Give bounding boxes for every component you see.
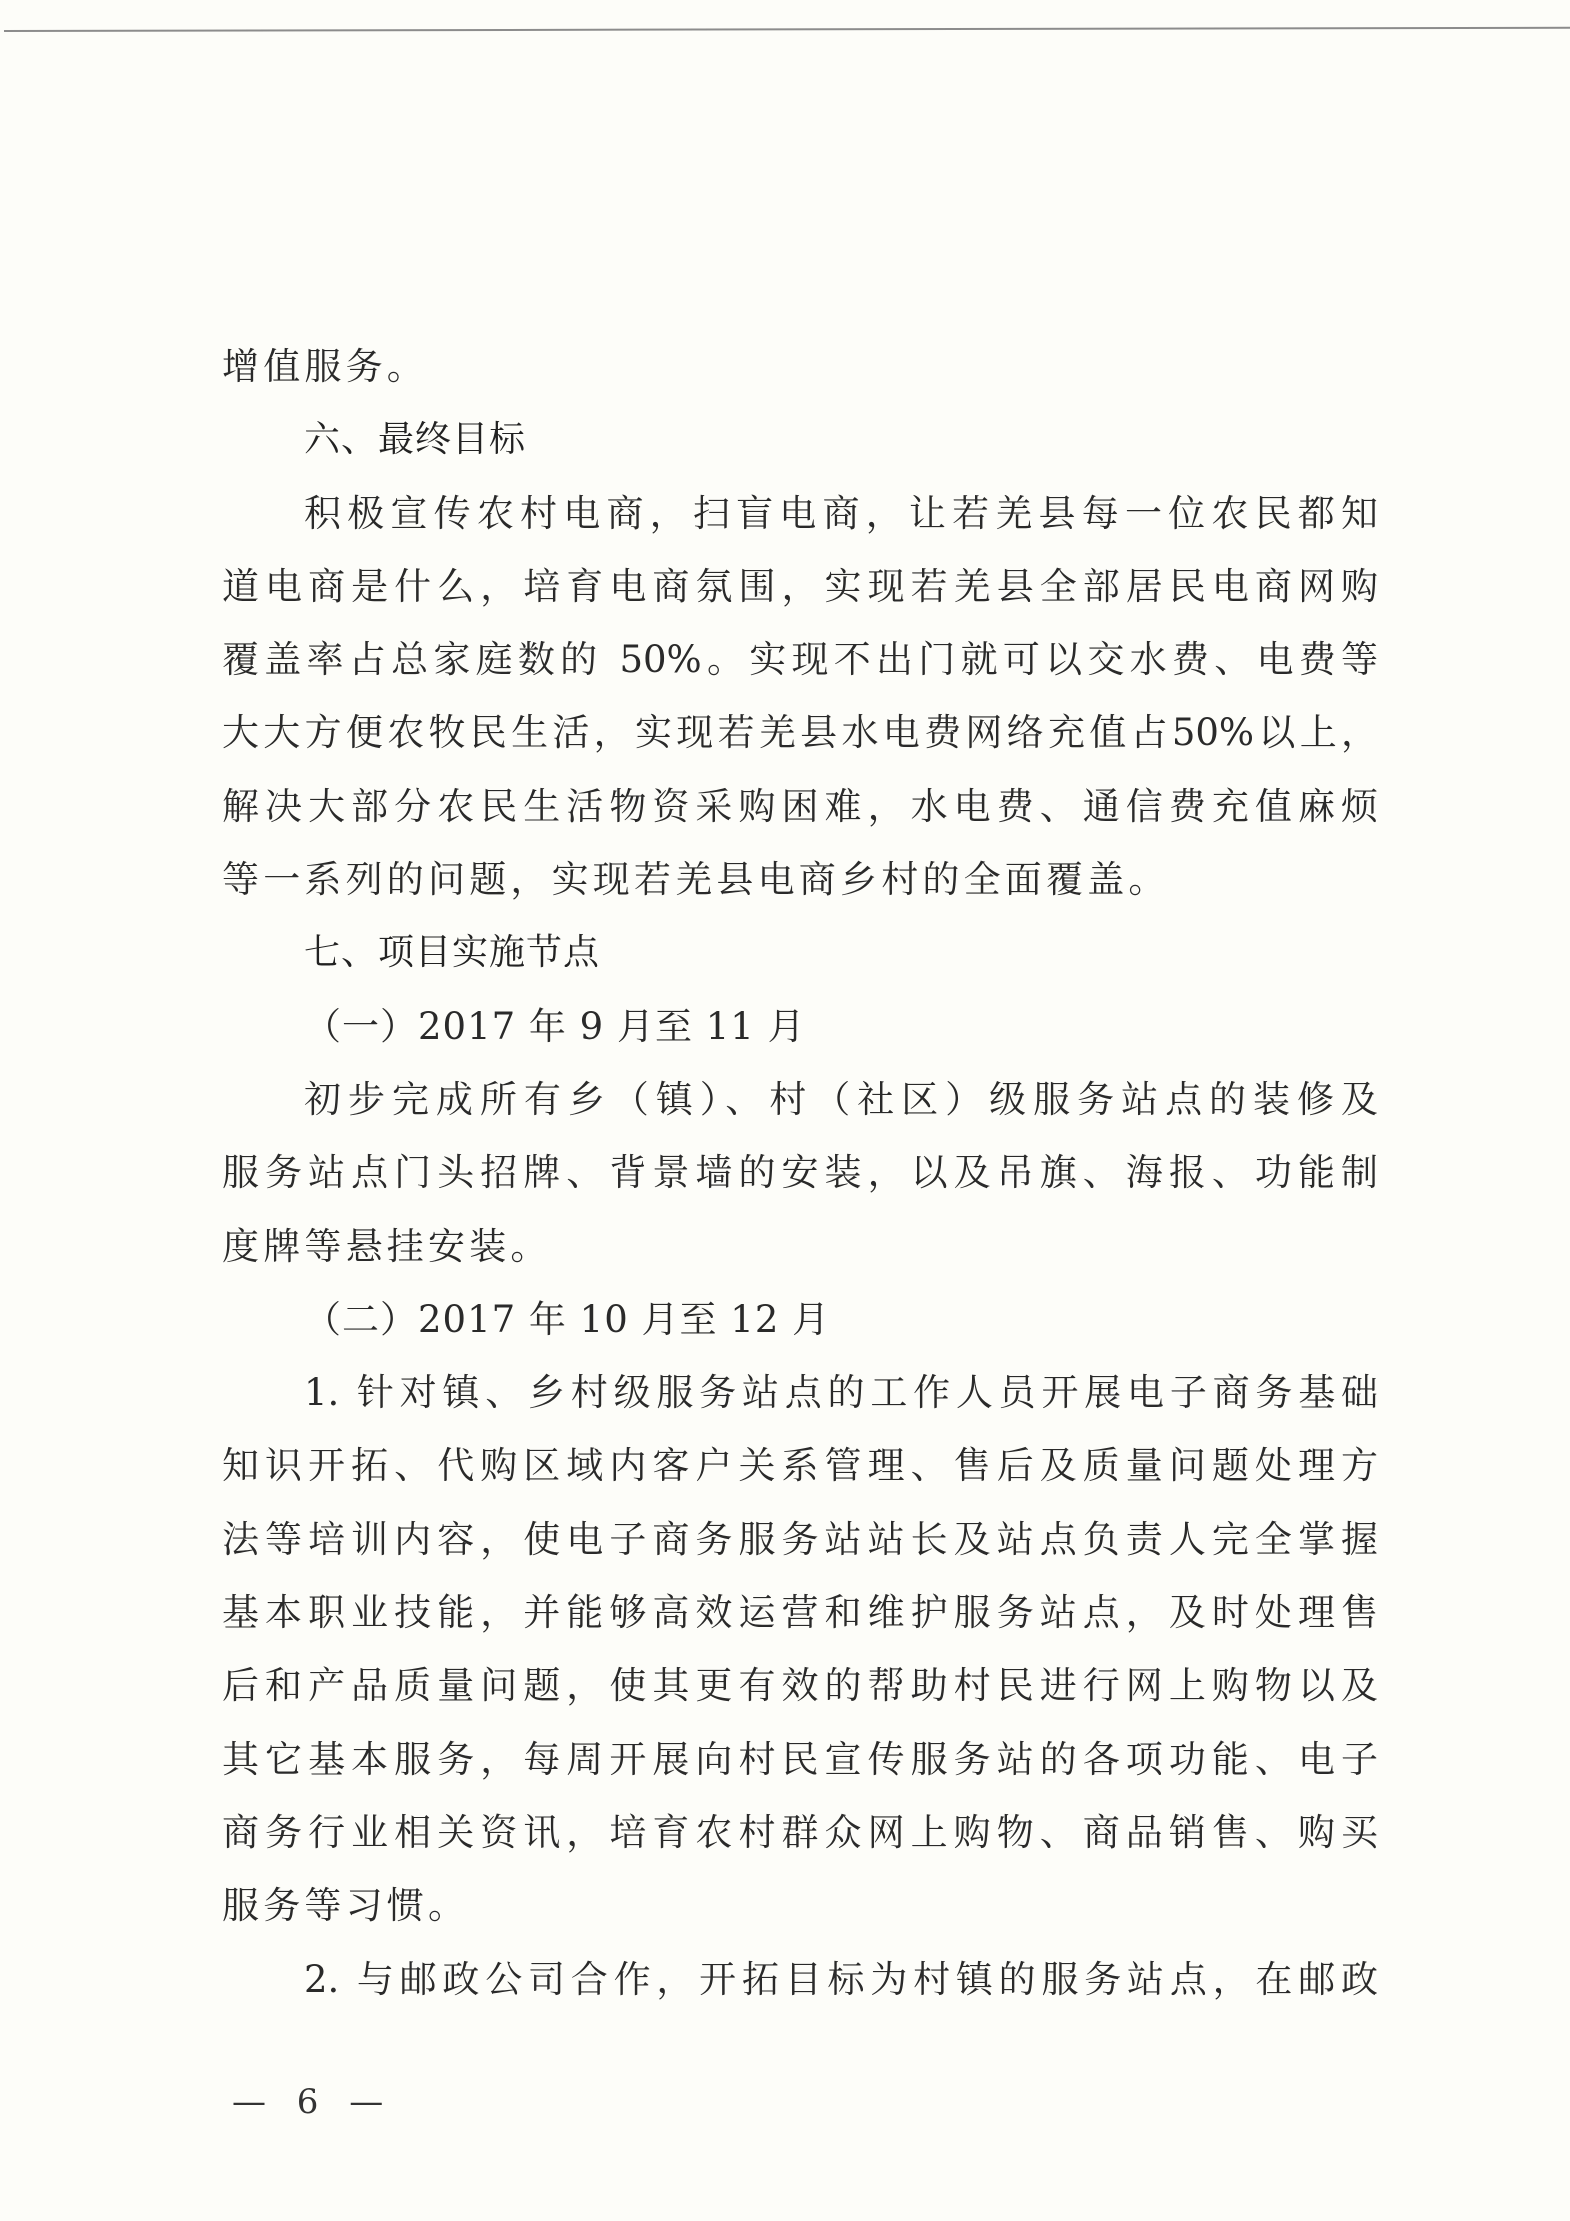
paragraph-line: 其它基本服务，每周开展向村民宣传服务站的各项功能、电子 — [222, 1723, 1378, 1796]
paragraph-line: 积极宣传农村电商，扫盲电商，让若羌县每一位农民都知 — [222, 477, 1378, 550]
paragraph-line: 初步完成所有乡（镇）、村（社区）级服务站点的装修及 — [222, 1063, 1378, 1136]
subheading-phase-1: （一）2017 年 9 月至 11 月 — [222, 990, 1378, 1063]
paragraph-line: 商务行业相关资讯，培育农村群众网上购物、商品销售、购买 — [222, 1796, 1378, 1869]
paragraph-line: 服务等习惯。 — [222, 1869, 1378, 1942]
paragraph-line: 覆盖率占总家庭数的 50%。实现不出门就可以交水费、电费等 — [222, 623, 1378, 696]
paragraph-line: 法等培训内容，使电子商务服务站站长及站点负责人完全掌握 — [222, 1503, 1378, 1576]
document-body: 增值服务。 六、最终目标 积极宣传农村电商，扫盲电商，让若羌县每一位农民都知 道… — [222, 330, 1378, 2016]
paragraph-line: 2. 与邮政公司合作，开拓目标为村镇的服务站点，在邮政 — [222, 1943, 1378, 2016]
paragraph-line: 1. 针对镇、乡村级服务站点的工作人员开展电子商务基础 — [222, 1356, 1378, 1429]
paragraph-line: 后和产品质量问题，使其更有效的帮助村民进行网上购物以及 — [222, 1649, 1378, 1722]
section-heading-final-goals: 六、最终目标 — [222, 403, 1378, 476]
paragraph-line: 基本职业技能，并能够高效运营和维护服务站点，及时处理售 — [222, 1576, 1378, 1649]
paragraph-line: 服务站点门头招牌、背景墙的安装，以及吊旗、海报、功能制 — [222, 1136, 1378, 1209]
page-number: — 6 — — [232, 2082, 393, 2122]
subheading-phase-2: （二）2017 年 10 月至 12 月 — [222, 1283, 1378, 1356]
paragraph-line: 等一系列的问题，实现若羌县电商乡村的全面覆盖。 — [222, 843, 1378, 916]
section-heading-implementation-milestones: 七、项目实施节点 — [222, 916, 1378, 989]
header-rule — [4, 27, 1570, 32]
paragraph-line: 知识开拓、代购区域内客户关系管理、售后及质量问题处理方 — [222, 1429, 1378, 1502]
paragraph-line: 增值服务。 — [222, 330, 1378, 403]
paragraph-line: 解决大部分农民生活物资采购困难，水电费、通信费充值麻烦 — [222, 770, 1378, 843]
paragraph-line: 道电商是什么，培育电商氛围，实现若羌县全部居民电商网购 — [222, 550, 1378, 623]
paragraph-line: 大大方便农牧民生活，实现若羌县水电费网络充值占50%以上， — [222, 696, 1378, 769]
paragraph-line: 度牌等悬挂安装。 — [222, 1210, 1378, 1283]
